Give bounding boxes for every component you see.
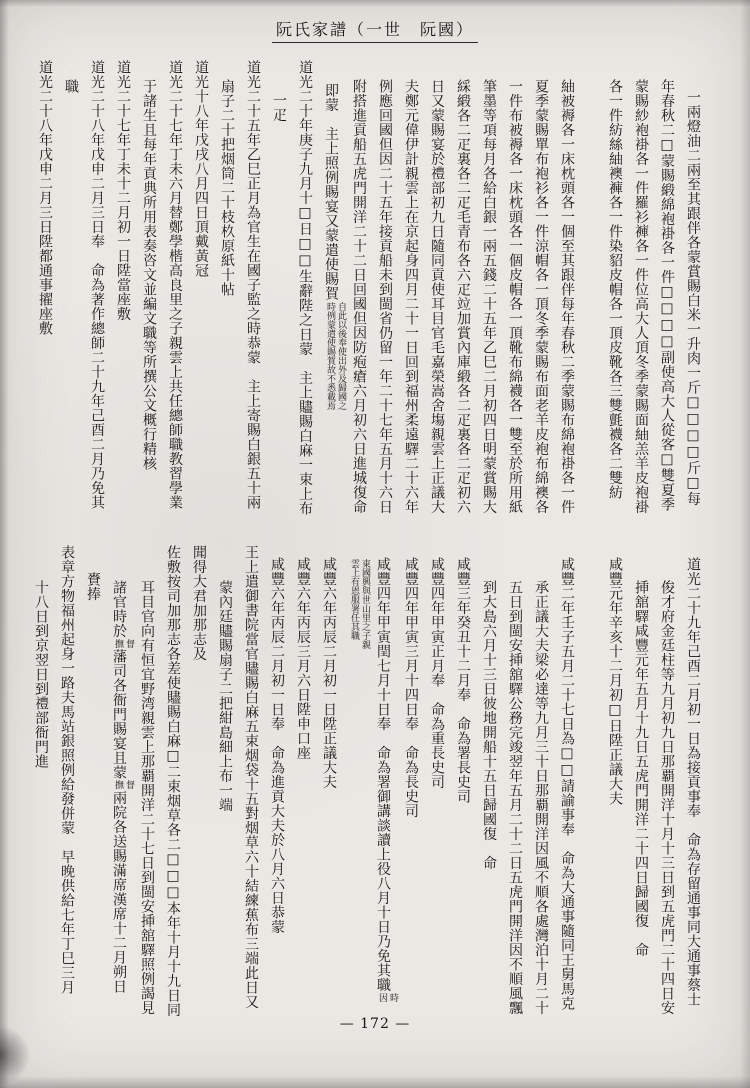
text-column: 綵緞各二疋裏各二疋毛青布各六疋竝加賞內庫緞各二疋裏各二疋初六 <box>450 60 476 538</box>
text-column: 道光二十七年丁未六月替鄭學楷高良里之子親雲上共任總師職教習學業 <box>162 60 188 538</box>
top-text-block: 一兩燈油二兩至其跟伴各蒙賞賜白米一升肉一斤□□□□斤□每年春秋二□蒙賜緞綿袍褂各… <box>32 60 706 538</box>
text-column: 咸豐四年甲寅閏七月十日奉 命為署御講談讀上役八月十日乃免其職時因 <box>370 542 398 1014</box>
text-column: 紬被褥各一床枕頭各一個至其跟伴每年春秋二季蒙賜布綿袍褂各一件 <box>554 60 580 538</box>
page-number: — 172 — <box>340 1016 411 1032</box>
text-column: 日又蒙賜宴於禮部初九日隨同貢使耳目官毛嘉榮嵩舍塲親雲上正議大 <box>424 60 450 538</box>
text-column: 年春秋二□蒙賜緞綿袍褂各一件□□□□副使高大人從客□雙夏季 <box>654 60 680 538</box>
text-column: 夏季蒙賜單布袍衫各一件涼帽各一頂冬季蒙賜布面老羊皮袍布綿襖各 <box>528 60 554 538</box>
text-column: 到大島六月十三日彼地開船十五日歸國復 命 <box>476 542 502 1014</box>
bottom-text-block: 道光二十九年己酉二月初一日為接貢事奉 命為存留通事同大通事蔡士俊才府金廷柱等九月… <box>32 542 706 1014</box>
interlinear-note: 督撫 <box>112 780 134 789</box>
text-column: 一兩燈油二兩至其跟伴各蒙賞賜白米一升肉一斤□□□□斤□每 <box>680 60 706 538</box>
text-column: 佐敷按司加那志各差使贐賜白麻□二束烟草各二□□□本年十月十九日同 <box>160 542 186 1014</box>
text-column: 承正議大夫梁必達等九月三十日那覇開洋因風不順各處灣泊十月二十 <box>528 542 554 1014</box>
text-column: 筆墨等項每月各給白銀一兩五錢二十五年乙巳二月初四日明蒙賞賜大 <box>476 60 502 538</box>
text-column: 一件布被褥各一床枕頭各一個皮帽各一頂靴布綿襪各一雙至於所用紙 <box>502 60 528 538</box>
text-column: 東國興與世山里之子親雲上有恩服署任其職 <box>342 542 370 1014</box>
text-column: 賚捧 <box>80 542 106 1014</box>
text-column: 咸豐六年丙辰二月初一日陞正議大夫 <box>316 542 342 1014</box>
interlinear-note: 自此以後奉使出外及歸國之時例蒙遣使賜賀故不悉載焉 <box>324 302 346 410</box>
text-column: 挿舘驛咸豐元年五月十九日五虎門開洋二十四日歸國復 命 <box>628 542 654 1014</box>
text-column: 一疋 <box>266 60 292 538</box>
text-column: 咸豐六年丙辰三月六日陞申口座 <box>290 542 316 1014</box>
text-column: 咸豐二年壬子五月二十七日為□□請諭事奉 命為大通事隨同王舅馬克 <box>554 542 580 1014</box>
text-column: 道光二十八年戊申二月三日奉 命為著作總師二十九年己酉二月乃免其 <box>84 60 110 538</box>
text-column: 咸豐三年癸丑十二月奉 命為署長史司 <box>450 542 476 1014</box>
text-column: 道光二十八年戊申二月三日陞都通事擢座敷 <box>32 60 58 538</box>
text-column: 附搭進貢船五虎門開洋二十二日回國但因防疱瘡六月初六日進城復命 <box>346 60 372 538</box>
text-column: 聞得大君加那志及 <box>186 542 212 1014</box>
text-column: 道光二十五年乙巳正月為官生在國子監之時恭蒙 主上寄賜白銀五十兩 <box>240 60 266 538</box>
text-column: 職 <box>58 60 84 538</box>
text-column: 各一件紡絲紬襖褲各一件染貂皮帽各一頂皮靴各三雙氈襪各二雙紡 <box>602 60 628 538</box>
text-column: 夫鄭元偉伊計親雲上在京起身四月二十一日回到福州柔遠驛二十六年 <box>398 60 424 538</box>
text-column: 俊才府金廷柱等九月初九日那覇開洋十月十三日到五虎門二十四日安 <box>654 542 680 1014</box>
interlinear-note: 東國興與世山里之子親雲上有恩服署任其職 <box>348 559 370 649</box>
text-column: 表章方物福州起身一路夫馬站銀照例給發併蒙 早晚供給七年丁巳三月 <box>54 542 80 1014</box>
text-column: 王上遣御書院當官贐賜白麻五束烟袋十五對烟草六十結練蕉布三端此日又 <box>238 542 264 1014</box>
text-column: 扇子二十把烟筒二十枝杦原紙十帖 <box>214 60 240 538</box>
text-column: 道光二十九年己酉二月初一日為接貢事奉 命為存留通事同大通事蔡士 <box>680 542 706 1014</box>
text-column: 咸豐四年甲寅正月奉 命為重長史司 <box>424 542 450 1014</box>
text-column: 五日到閩安挿舘驛公務完竣翌年五月二十二日五虎門開洋因不順風飄 <box>502 542 528 1014</box>
scanned-genealogy-page: 阮氏家譜（一世 阮國） 一兩燈油二兩至其跟伴各蒙賞賜白米一升肉一斤□□□□斤□每… <box>0 0 750 1088</box>
text-column: 道光二十七年丁未十二月初一日陞當座敷 <box>110 60 136 538</box>
text-column: 咸豐四年甲寅三月十四日奉 命為長史司 <box>398 542 424 1014</box>
text-column: 道光二十年庚子九月十□日□□生辭陛之日蒙 主上贐賜白麻一束上布 <box>292 60 318 538</box>
interlinear-note: 督撫 <box>112 639 134 648</box>
page-title: 阮氏家譜（一世 阮國） <box>272 17 478 43</box>
text-column: 咸豐元年辛亥十二月初□日陞正議大夫 <box>602 542 628 1014</box>
text-column: 例應回國但因二十五年接貢船未到閩省仍留一年二十七年五月十六日 <box>372 60 398 538</box>
text-column: 蒙賜紗袍褂各一件羅衫褲各一件位高大人頂冬季蒙賜面紬羔羊皮袍褂 <box>628 60 654 538</box>
interlinear-note: 時因 <box>376 993 398 1002</box>
text-column: 即蒙 主上照例賜宴又蒙遣使賜賀自此以後奉使出外及歸國之時例蒙遣使賜賀故不悉載焉 <box>318 60 346 538</box>
text-column: 于諸生且每年貢典所用表奏咨文並編文職等所撰公文概行精核 <box>136 60 162 538</box>
text-column: 耳目官向有恒宜野湾親雲上那覇開洋二十七日到閩安挿舘驛照例謁見 <box>134 542 160 1014</box>
text-column: 諸官時於督撫藩司各衙門賜宴且蒙督撫兩院各送賜滿席漢席十二月朔日 <box>106 542 134 1014</box>
text-column: 十八日到京翌日到禮部衙門進 <box>28 542 54 1014</box>
text-column: 蒙內廷贐賜扇子二把紺島細上布一端 <box>212 542 238 1014</box>
text-column: 咸豐六年丙辰二月初一日奉 命為進貢大夫於八月六日恭蒙 <box>264 542 290 1014</box>
text-column: 道光十八年戊戌八月四日頂戴黃冠 <box>188 60 214 538</box>
